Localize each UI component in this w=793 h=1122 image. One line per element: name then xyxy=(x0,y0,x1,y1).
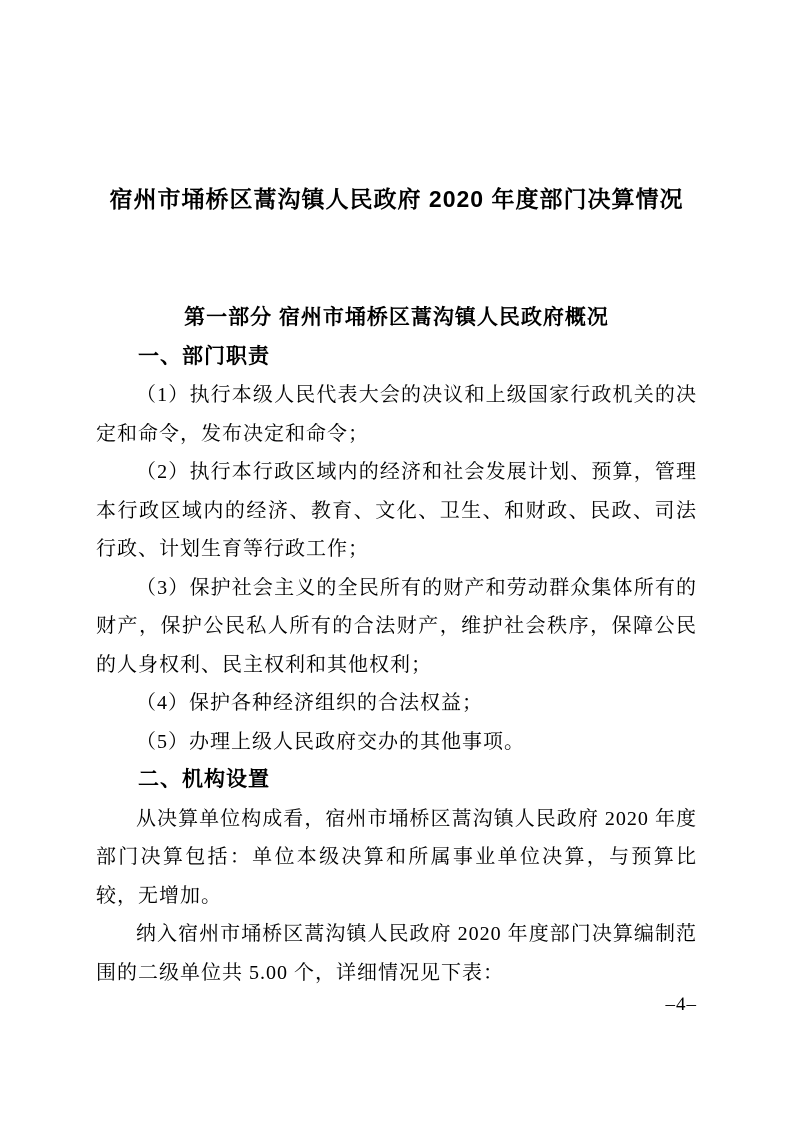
section-heading-organization: 二、机构设置 xyxy=(96,761,697,800)
organization-paragraph-1: 从决算单位构成看，宿州市埇桥区蒿沟镇人民政府 2020 年度部门决算包括：单位本… xyxy=(96,800,697,916)
duty-paragraph-5: （5）办理上级人民政府交办的其他事项。 xyxy=(96,723,697,762)
organization-paragraph-2: 纳入宿州市埇桥区蒿沟镇人民政府 2020 年度部门决算编制范围的二级单位共 5.… xyxy=(96,915,697,992)
duty-paragraph-4: （4）保护各种经济组织的合法权益； xyxy=(96,684,697,723)
duty-paragraph-1: （1）执行本级人民代表大会的决议和上级国家行政机关的决定和命令，发布决定和命令； xyxy=(96,376,697,453)
part-one-heading: 第一部分 宿州市埇桥区蒿沟镇人民政府概况 xyxy=(96,299,697,338)
duty-paragraph-2: （2）执行本行政区域内的经济和社会发展计划、预算，管理本行政区域内的经济、教育、… xyxy=(96,453,697,569)
document-page: 宿州市埇桥区蒿沟镇人民政府 2020 年度部门决算情况 第一部分 宿州市埇桥区蒿… xyxy=(0,0,793,1122)
page-number: –4– xyxy=(666,991,698,1019)
document-body: 一、部门职责 （1）执行本级人民代表大会的决议和上级国家行政机关的决定和命令，发… xyxy=(96,338,697,993)
section-heading-duties: 一、部门职责 xyxy=(96,338,697,377)
duty-paragraph-3: （3）保护社会主义的全民所有的财产和劳动群众集体所有的财产，保护公民私人所有的合… xyxy=(96,569,697,685)
document-title: 宿州市埇桥区蒿沟镇人民政府 2020 年度部门决算情况 xyxy=(96,0,697,216)
